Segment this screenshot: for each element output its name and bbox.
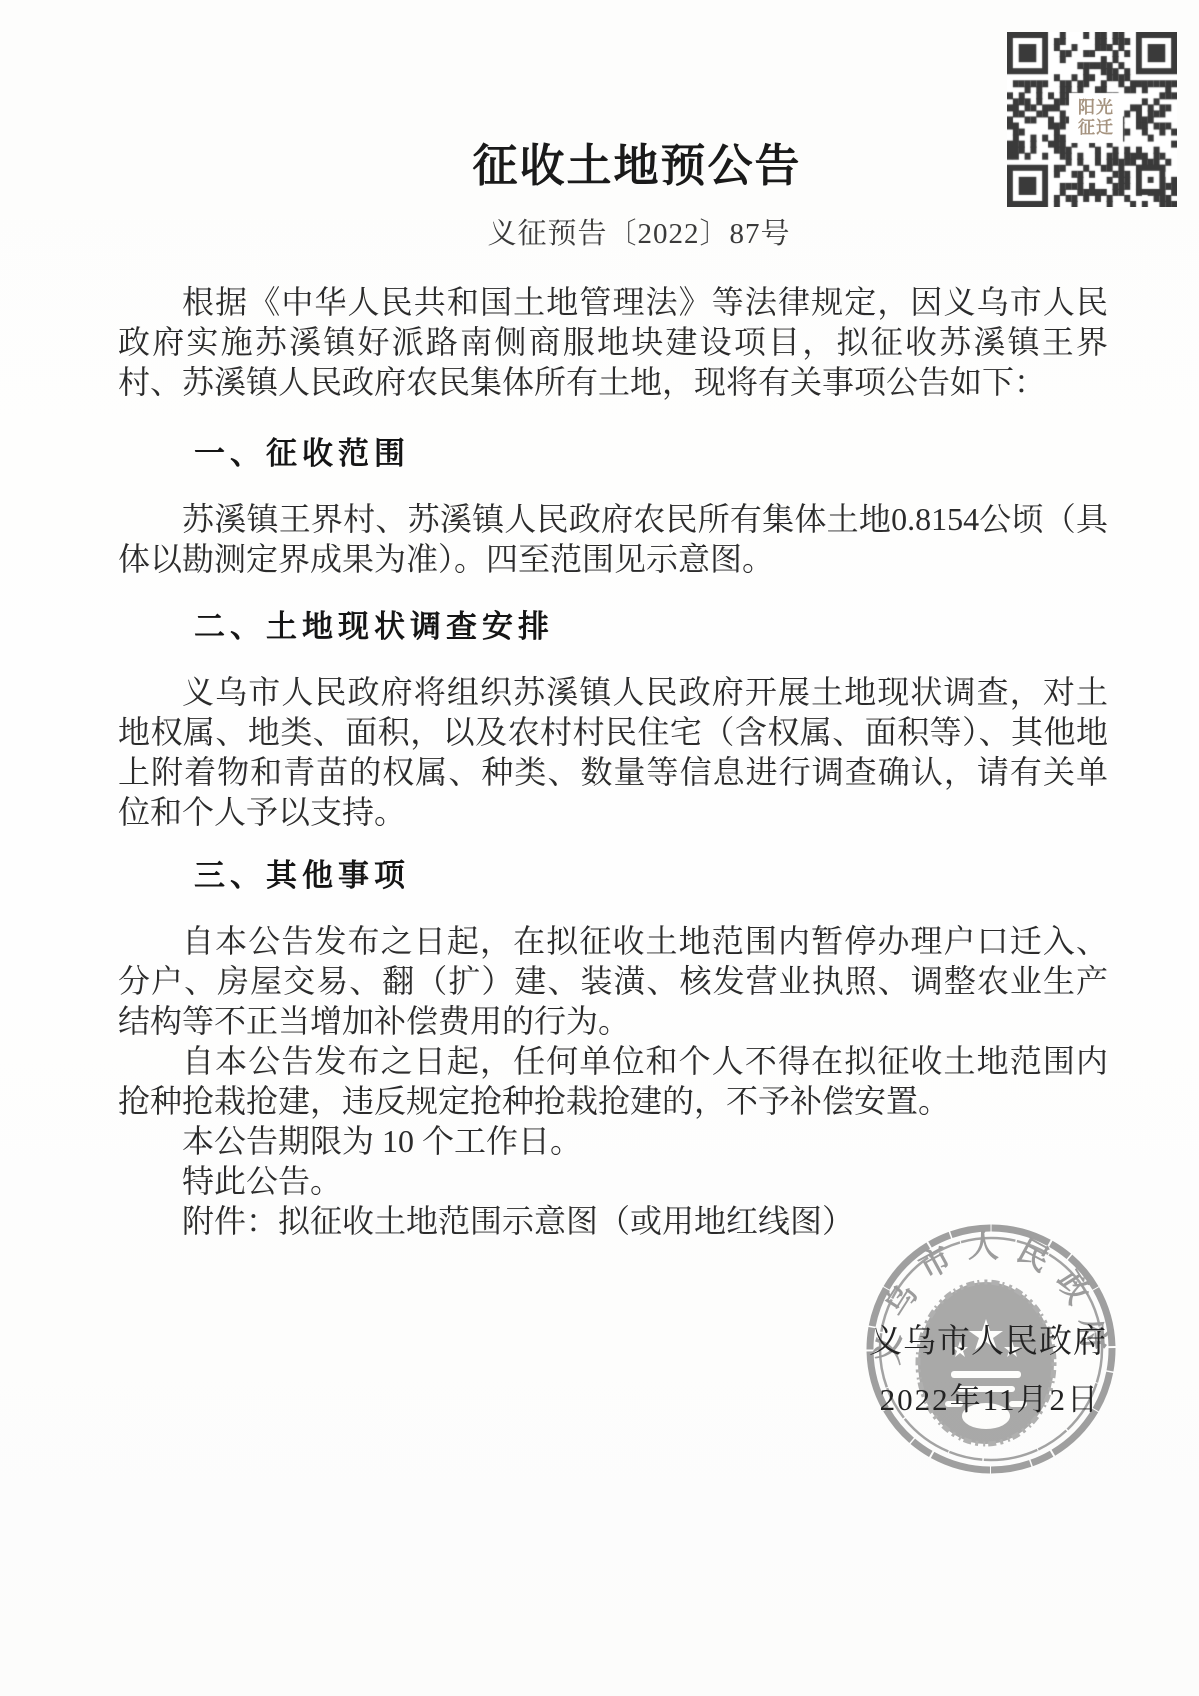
section-3-paragraph-4: 特此公告。 xyxy=(118,1161,1108,1201)
section-1-paragraph: 苏溪镇王界村、苏溪镇人民政府农民所有集体土地0.8154公顷（具体以勘测定界成果… xyxy=(118,499,1108,579)
document-number: 义征预告〔2022〕87号 xyxy=(144,214,1134,254)
section-1-heading: 一、征收范围 xyxy=(194,434,1108,474)
issue-date: 2022年11月2日 xyxy=(880,1374,1100,1419)
document-body: 征收土地预公告 义征预告〔2022〕87号 根据《中华人民共和国土地管理法》等法… xyxy=(118,0,1108,1241)
seal-emblem xyxy=(918,1282,1054,1444)
section-2-paragraph: 义乌市人民政府将组织苏溪镇人民政府开展土地现状调查，对土地权属、地类、面积，以及… xyxy=(118,672,1108,832)
section-2-heading: 二、土地现状调查安排 xyxy=(194,607,1108,647)
page-title: 征收土地预公告 xyxy=(142,140,1132,192)
section-3-heading: 三、其他事项 xyxy=(194,856,1108,896)
section-3-paragraph-3: 本公告期限为 10 个工作日。 xyxy=(118,1121,1108,1161)
issuer-signature: 义乌市人民政府 xyxy=(869,1315,1107,1362)
intro-paragraph: 根据《中华人民共和国土地管理法》等法律规定，因义乌市人民政府实施苏溪镇好派路南侧… xyxy=(118,282,1108,402)
section-3-paragraph-1: 自本公告发布之日起，在拟征收土地范围内暂停办理户口迁入、分户、房屋交易、翻（扩）… xyxy=(118,921,1108,1041)
scanned-announcement-page: 阳光 征迁 征收土地预公告 义征预告〔2022〕87号 根据《中华人民共和国土地… xyxy=(0,0,1199,1696)
section-3-paragraph-2: 自本公告发布之日起，任何单位和个人不得在拟征收土地范围内抢种抢栽抢建，违反规定抢… xyxy=(118,1041,1108,1121)
